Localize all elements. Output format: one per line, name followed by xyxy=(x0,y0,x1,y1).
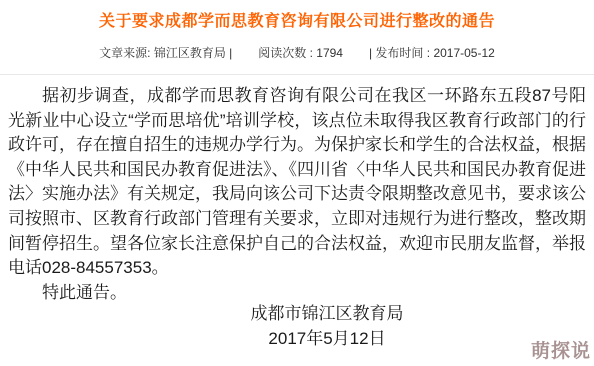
meta-source: 文章来源: 锦江区教育局 | xyxy=(99,45,232,61)
signature-block: 成都市锦江区教育局 2017年5月12日 xyxy=(30,301,594,351)
meta-view-count: 阅读次数 : 1794 xyxy=(258,45,343,61)
notice-title: 关于要求成都学而思教育咨询有限公司进行整改的通告 xyxy=(0,0,594,33)
watermark-logo: 萌探说 xyxy=(531,336,591,363)
article-meta-bar: 文章来源: 锦江区教育局 | 阅读次数 : 1794 | 发布时间 : 2017… xyxy=(0,45,594,61)
header-divider xyxy=(0,74,594,75)
signature-organization: 成都市锦江区教育局 xyxy=(30,301,594,326)
signature-date: 2017年5月12日 xyxy=(30,326,594,351)
meta-publish-date: | 发布时间 : 2017-05-12 xyxy=(369,45,495,61)
notice-body: 据初步调查，成都学而思教育咨询有限公司在我区一环路东五段87号阳光新业中心设立“… xyxy=(8,84,586,305)
notice-paragraph-main: 据初步调查，成都学而思教育咨询有限公司在我区一环路东五段87号阳光新业中心设立“… xyxy=(8,84,586,281)
